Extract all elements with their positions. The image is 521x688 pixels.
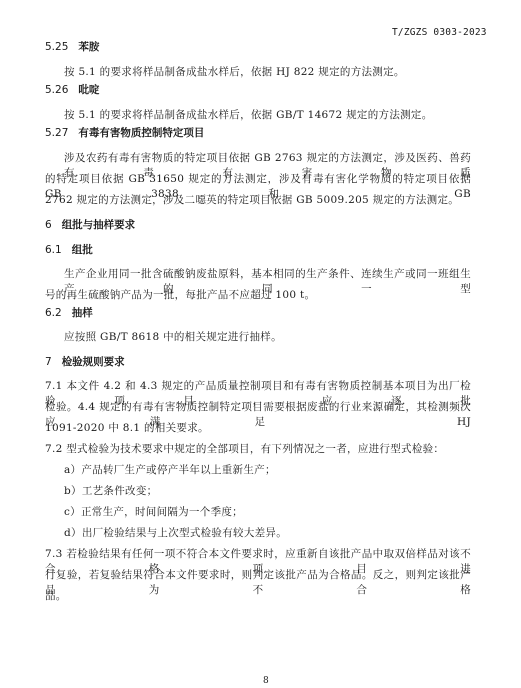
paragraph-line: 号的再生硫酸钠产品为一批，每批产品不应超过 100 t。 [45, 287, 315, 302]
section-number: 5.25 [45, 41, 68, 53]
section-number: 5.26 [45, 84, 68, 96]
clause-7-3-line: 行复验，若复验结果符合本文件要求时，则判定该批产品为合格品。反之，则判定该批产品… [45, 567, 471, 597]
list-item-a: a）产品转厂生产或停产半年以上重新生产； [64, 462, 276, 477]
clause-7-2-intro: 7.2 型式检验为技术要求中规定的全部项目，有下列情况之一者，应进行型式检验： [45, 441, 444, 456]
list-item-d: d）出厂检验结果与上次型式检验有较大差异。 [64, 525, 287, 540]
page-number: 8 [263, 676, 269, 686]
paragraph-line: 2762 规定的方法测定，涉及二噁英的特定项目依据 GB 5009.205 规定… [45, 192, 459, 207]
section-heading-5-26: 5.26吡啶 [45, 82, 99, 97]
section-title: 有毒有害物质控制特定项目 [78, 127, 204, 139]
document-code: T/ZGZS 0303-2023 [392, 27, 487, 38]
section-title: 苯胺 [78, 41, 99, 53]
clause-7-1-line: 1091-2020 中 8.1 的相关要求。 [45, 420, 209, 435]
chapter-title: 检验规则要求 [62, 356, 125, 368]
list-item-c: c）正常生产，时间间隔为一个季度； [64, 504, 243, 519]
clause-7-3-line: 品。 [45, 588, 67, 603]
section-title: 吡啶 [78, 84, 99, 96]
section-number: 6.1 [45, 244, 62, 256]
section-title: 抽样 [72, 307, 93, 319]
list-item-b: b）工艺条件改变； [64, 483, 157, 498]
paragraph: 应按照 GB/T 8618 中的相关规定进行抽样。 [64, 329, 282, 344]
section-heading-6-2: 6.2抽样 [45, 305, 93, 320]
chapter-heading-6: 6组批与抽样要求 [45, 217, 135, 232]
section-heading-6-1: 6.1组批 [45, 242, 93, 257]
chapter-title: 组批与抽样要求 [62, 219, 136, 231]
section-heading-5-27: 5.27有毒有害物质控制特定项目 [45, 125, 204, 140]
section-number: 5.27 [45, 127, 68, 139]
chapter-number: 7 [45, 356, 52, 368]
paragraph: 按 5.1 的要求将样品制备成盐水样后，依据 HJ 822 规定的方法测定。 [64, 64, 405, 79]
section-number: 6.2 [45, 307, 62, 319]
paragraph: 按 5.1 的要求将样品制备成盐水样后，依据 GB/T 14672 规定的方法测… [64, 107, 433, 122]
chapter-number: 6 [45, 219, 52, 231]
section-title: 组批 [72, 244, 93, 256]
section-heading-5-25: 5.25苯胺 [45, 39, 99, 54]
chapter-heading-7: 7检验规则要求 [45, 354, 125, 369]
